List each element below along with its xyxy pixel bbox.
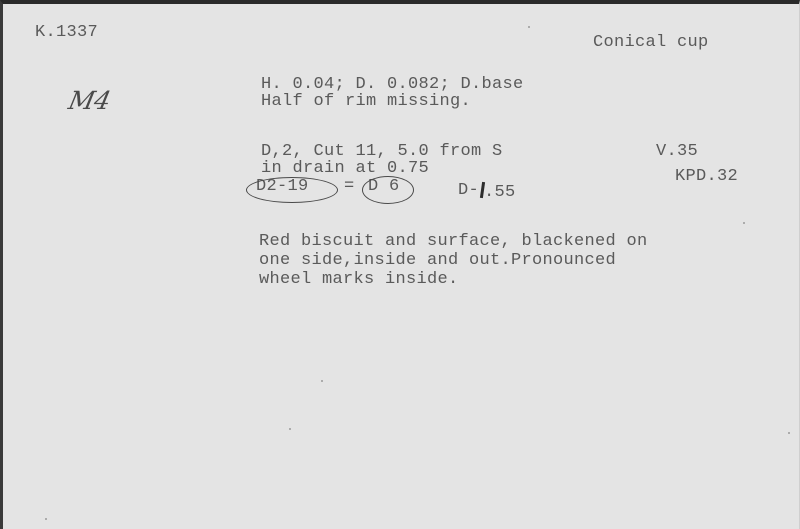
fabric-line-1: Red biscuit and surface, blackened on xyxy=(259,233,648,250)
paper-speck xyxy=(289,428,291,430)
fabric-line-2: one side,inside and out.Pronounced xyxy=(259,252,616,269)
vase-number: V.35 xyxy=(656,143,698,160)
paper-speck xyxy=(321,380,323,382)
handwritten-label: M4 xyxy=(66,86,114,115)
pen-circle-2 xyxy=(362,176,414,204)
paper-speck xyxy=(45,518,47,520)
findspot-line-2: in drain at 0.75 xyxy=(261,160,429,177)
paper-speck xyxy=(788,432,790,434)
kpd-number: KPD.32 xyxy=(675,168,738,185)
pen-circle-1 xyxy=(246,177,338,203)
extra-reference-suffix: .55 xyxy=(484,184,516,201)
extra-reference-prefix: D- xyxy=(458,182,479,199)
paper-speck xyxy=(743,222,745,224)
findspot-line-1: D,2, Cut 11, 5.0 from S xyxy=(261,143,503,160)
dimensions-line: H. 0.04; D. 0.082; D.base xyxy=(261,76,524,93)
equals-sign: = xyxy=(344,178,355,195)
catalog-card: K.1337 Conical cup M4 H. 0.04; D. 0.082;… xyxy=(0,0,800,529)
object-type: Conical cup xyxy=(593,34,709,51)
condition-line: Half of rim missing. xyxy=(261,93,471,110)
paper-speck xyxy=(528,26,530,28)
catalog-number: K.1337 xyxy=(35,24,98,41)
fabric-line-3: wheel marks inside. xyxy=(259,271,459,288)
